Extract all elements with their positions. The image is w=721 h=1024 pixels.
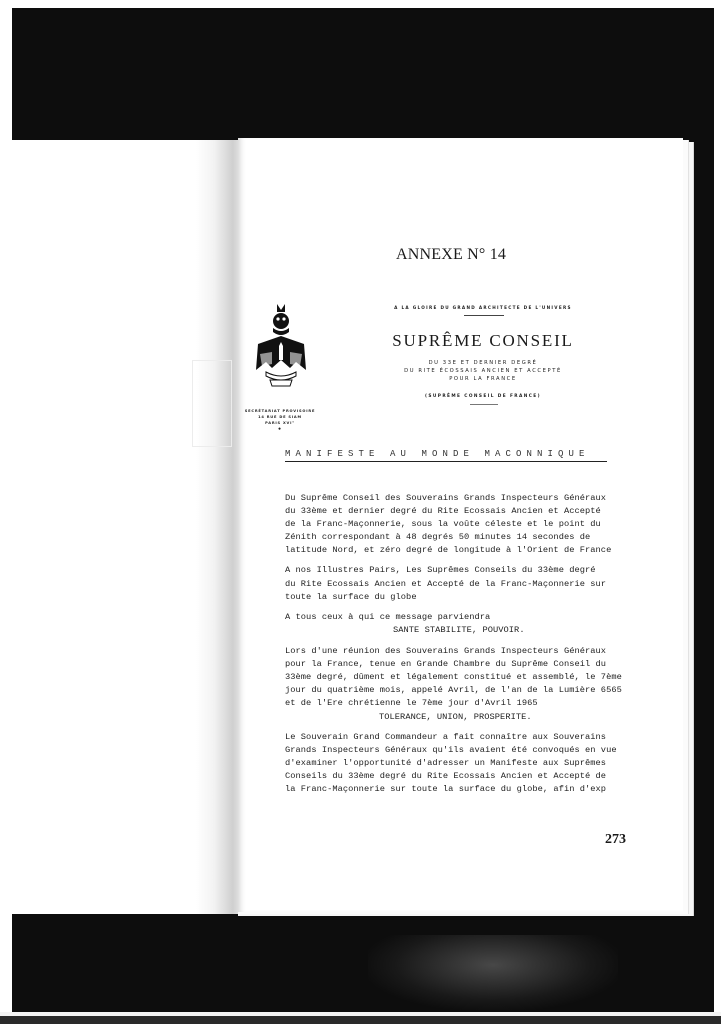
scan-bottom-edge <box>0 1012 721 1024</box>
dedication-line: A LA GLOIRE DU GRAND ARCHITECTE DE L'UNI… <box>368 305 598 310</box>
text-line: A nos Illustres Pairs, Les Suprêmes Cons… <box>285 564 685 577</box>
text-line: Grands Inspecteurs Généraux qu'ils avaie… <box>285 744 685 757</box>
text-line: et de l'Ere chrétienne le 7ème jour d'Av… <box>285 697 685 710</box>
text-line: pour la France, tenue en Grande Chambre … <box>285 658 685 671</box>
text-line: de la Franc-Maçonnerie, sous la voûte cé… <box>285 518 685 531</box>
subtitle-line: DU 33E ET DERNIER DEGRÉ <box>368 359 598 367</box>
scanner-light-reflection <box>368 935 618 1010</box>
text-line: 33ème degré, dûment et légalement consti… <box>285 671 685 684</box>
text-line: jour du quatrième mois, appelé Avril, de… <box>285 684 685 697</box>
text-line: latitude Nord, et zéro degré de longitud… <box>285 544 685 557</box>
text-line: la Franc-Maçonnerie sur toute la surface… <box>285 783 685 796</box>
paragraph-preamble: Du Suprême Conseil des Souverains Grands… <box>285 492 685 557</box>
text-line: toute la surface du globe <box>285 591 685 604</box>
divider <box>470 404 498 405</box>
left-page-blank <box>12 140 242 914</box>
right-page: ANNEXE N° 14 A LA GLOIRE DU GRAND ARCHIT… <box>238 138 683 912</box>
subtitle-line: POUR LA FRANCE <box>368 375 598 383</box>
text-line: d'examiner l'opportunité d'adresser un M… <box>285 757 685 770</box>
motto-line: TOLERANCE, UNION, PROSPERITE. <box>285 711 685 724</box>
text-line: Lors d'une réunion des Souverains Grands… <box>285 645 685 658</box>
organization-subtitle: DU 33E ET DERNIER DEGRÉ DU RITE ÉCOSSAIS… <box>368 359 598 383</box>
manifesto-body: Du Suprême Conseil des Souverains Grands… <box>285 492 685 796</box>
text-line: A tous ceux à qui ce message parviendra <box>285 611 685 624</box>
paragraph-commandeur: Le Souverain Grand Commandeur a fait con… <box>285 731 685 796</box>
paragraph-address: A nos Illustres Pairs, Les Suprêmes Cons… <box>285 564 685 603</box>
text-line: Zénith correspondant à 48 degrés 50 minu… <box>285 531 685 544</box>
text-line: Le Souverain Grand Commandeur a fait con… <box>285 731 685 744</box>
double-headed-eagle-crest-icon <box>252 302 310 390</box>
bullet-dot: • <box>244 426 316 434</box>
motto-line: SANTE STABILITE, POUVOIR. <box>285 624 685 637</box>
manifesto-title: MANIFESTE AU MONDE MACONNIQUE <box>285 449 607 462</box>
text-line: Du Suprême Conseil des Souverains Grands… <box>285 492 685 505</box>
text-line: du 33ème et dernier degré du Rite Ecossa… <box>285 505 685 518</box>
text-line: du Rite Ecossais Ancien et Accepté de la… <box>285 578 685 591</box>
subtitle-line: DU RITE ÉCOSSAIS ANCIEN ET ACCEPTÉ <box>368 367 598 375</box>
organization-parenthetical: (SUPRÊME CONSEIL DE FRANCE) <box>368 394 598 399</box>
page-number: 273 <box>605 832 626 848</box>
text-line: Conseils du 33ème degré du Rite Ecossais… <box>285 770 685 783</box>
secretariat-address: SECRÉTARIAT PROVISOIRE 14 RUE DE SIAM PA… <box>244 408 316 434</box>
organization-title: SUPRÊME CONSEIL <box>368 331 598 351</box>
divider <box>464 315 504 316</box>
paragraph-reunion: Lors d'une réunion des Souverains Grands… <box>285 645 685 710</box>
annexe-heading: ANNEXE N° 14 <box>396 246 506 264</box>
left-page-show-through <box>192 360 232 447</box>
paragraph-greeting: A tous ceux à qui ce message parviendra <box>285 611 685 624</box>
